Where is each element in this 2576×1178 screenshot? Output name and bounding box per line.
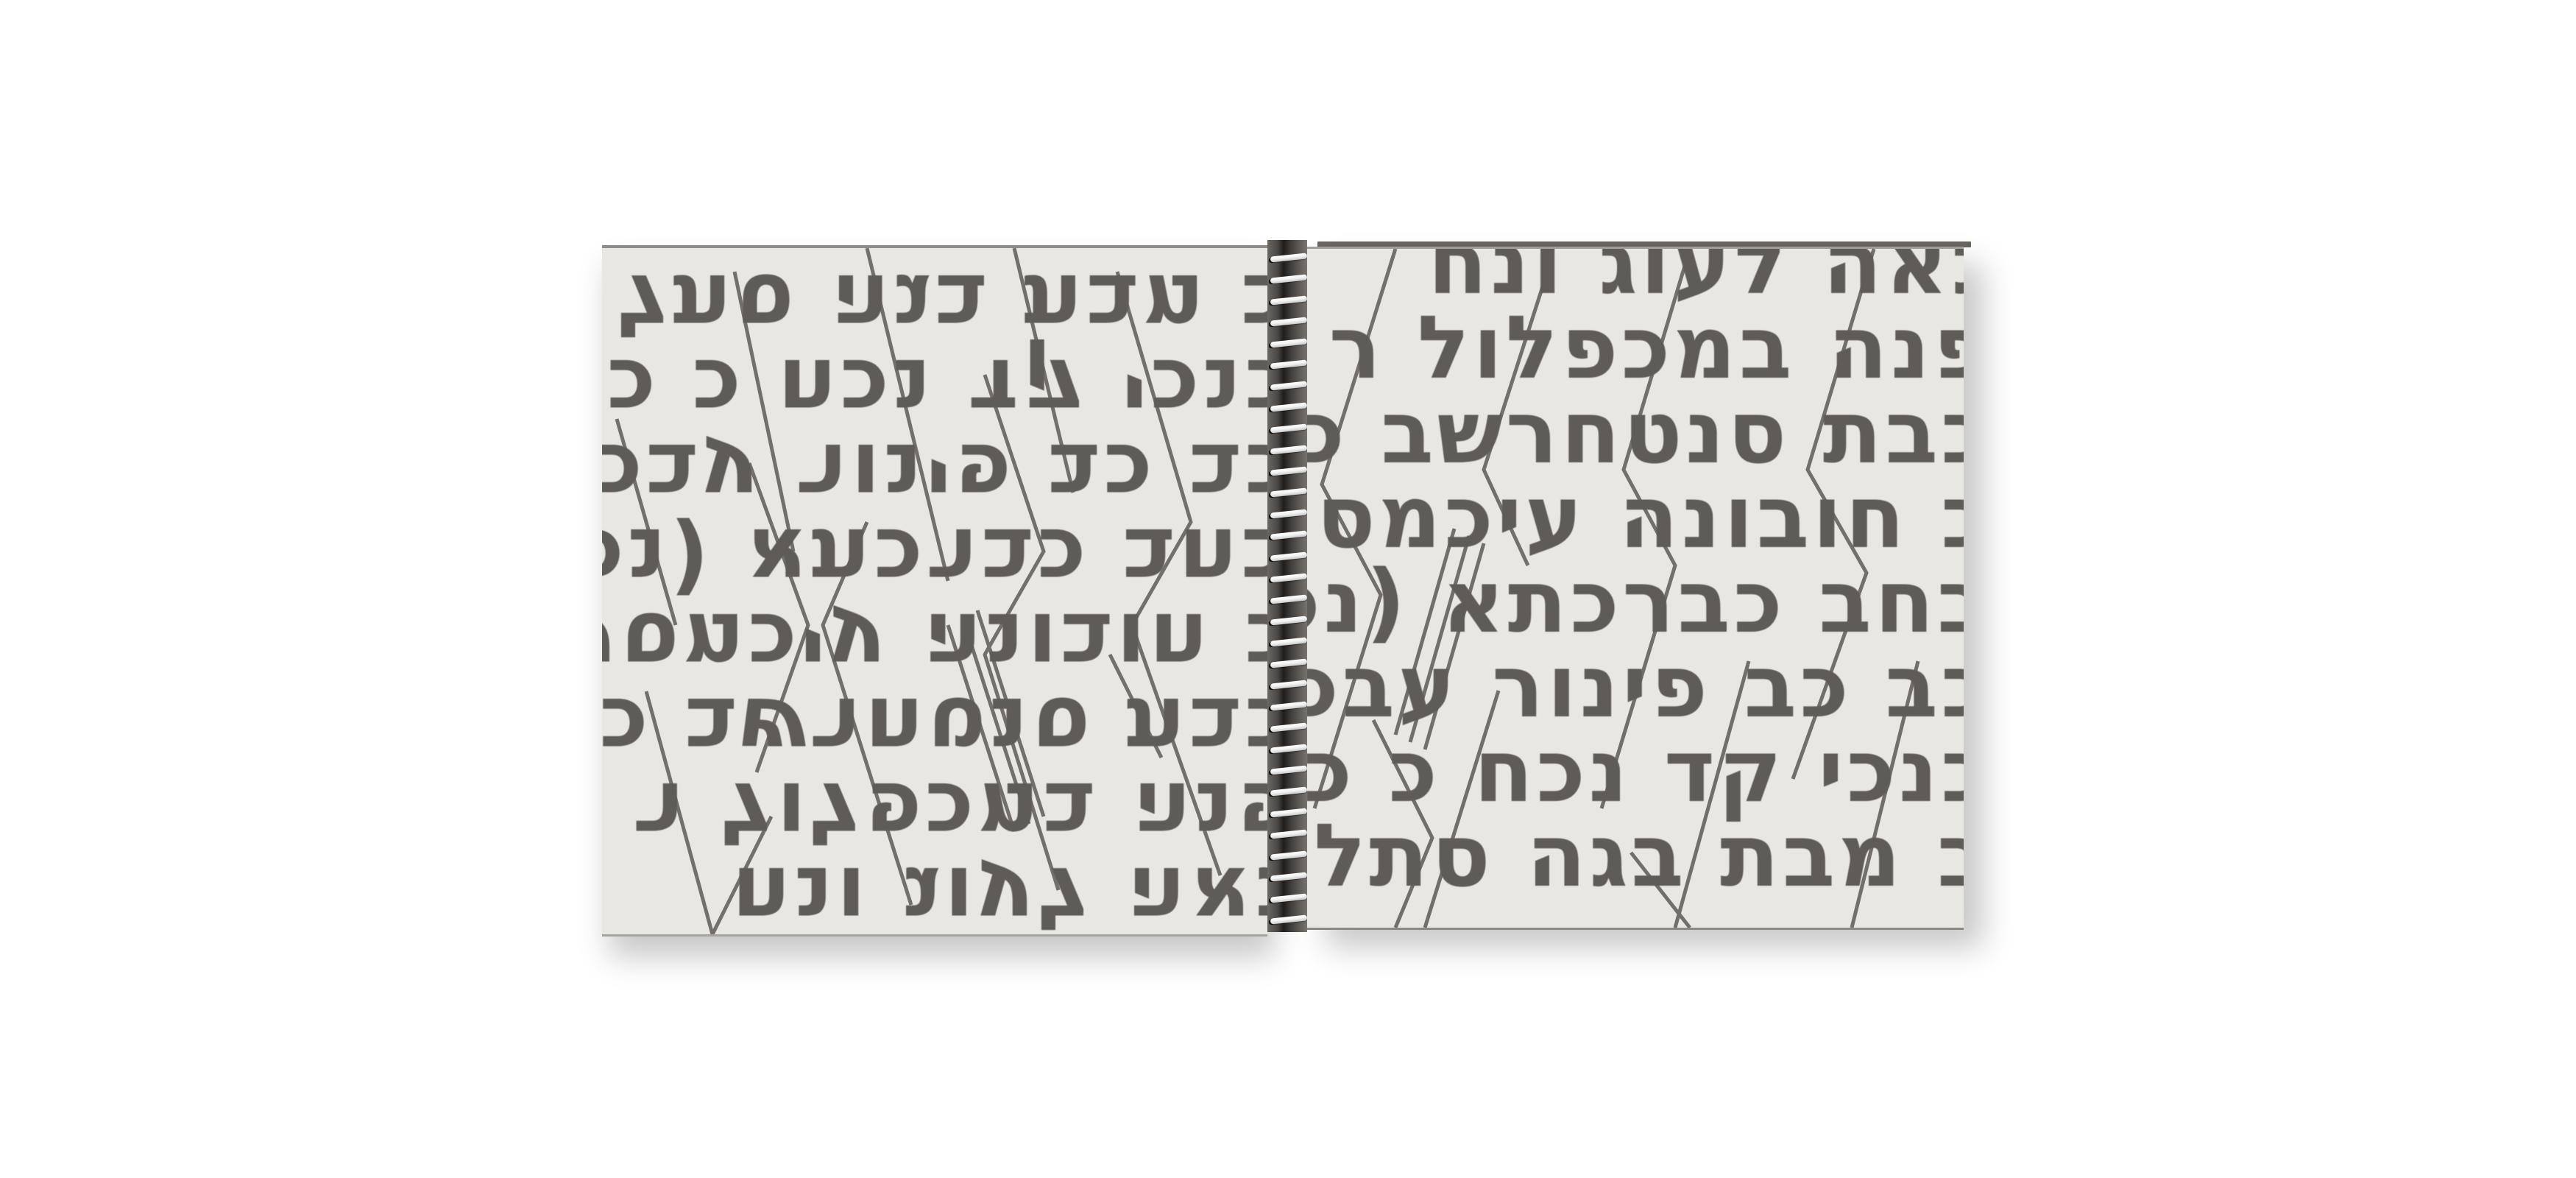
text-row: כב כב פינור עבכלב [602, 431, 1267, 518]
spiral-coil [1270, 829, 1308, 839]
text-row: כנכי קד נכח כ כמם [602, 347, 1267, 434]
left-page: גאה לעוג ונח פנה במכפלול ר עו ט כבת סנטח… [602, 245, 1267, 937]
spiral-coil [1270, 872, 1308, 881]
spiral-coil [1270, 914, 1308, 924]
text-row: ב מבת בגה סתל בכ [1307, 812, 1964, 899]
spiral-coil [1270, 573, 1308, 582]
spiral-coil [1270, 680, 1308, 689]
spiral-binding [1267, 240, 1307, 932]
spiral-coil [1270, 551, 1308, 561]
spiral-coil [1270, 765, 1308, 775]
text-row: בחב כברכתא (נכו כמ [1307, 558, 1964, 645]
text-row: כ חובונה עיכמסע [602, 601, 1267, 688]
spiral-coil [1270, 317, 1308, 326]
right-page: גאה לעוג ונח פנה במכפלול ר עו ט כבת סנטח… [1307, 247, 1964, 930]
text-row: כנכי קד נכח כ כמם [1307, 727, 1964, 814]
spiral-coil [1270, 274, 1308, 283]
text-row: כבת סנטחרשב כבל כש [602, 685, 1267, 772]
spiral-coil [1270, 530, 1308, 540]
spiral-coil [1270, 466, 1308, 476]
spiral-coil [1270, 893, 1308, 903]
spiral-coil [1270, 381, 1308, 390]
text-row: כב כב פינור עבכלב [1307, 643, 1964, 730]
right-page-print: גאה לעוג ונח פנה במכפלול ר עו ט כבת סנטח… [1307, 249, 1964, 928]
spiral-coil [1270, 658, 1308, 668]
spiral-coil [1270, 744, 1308, 753]
spiral-coil [1270, 850, 1308, 860]
text-row: בחב כברכתא (נכו כמ [602, 516, 1267, 603]
spiral-coil [1270, 423, 1308, 433]
text-row: גאה לעוג ונח [602, 855, 1267, 937]
left-page-print: גאה לעוג ונח פנה במכפלול ר עו ט כבת סנטח… [602, 248, 1267, 934]
spiral-coil [1270, 509, 1308, 518]
text-row: ב מבת בגה סתל בכ [602, 262, 1267, 349]
spiral-coil [1270, 637, 1308, 646]
text-row: פנה במכפלול ר עו ט [1307, 304, 1964, 391]
spiral-coil [1270, 808, 1308, 817]
spiral-coils [1267, 240, 1307, 932]
spiral-coil [1270, 616, 1308, 625]
spiral-coil [1270, 445, 1308, 454]
spiral-coil [1270, 594, 1308, 604]
spiral-coil [1270, 402, 1308, 412]
spiral-coil [1270, 487, 1308, 497]
spiral-coil [1270, 722, 1308, 732]
text-row: כבת סנטחרשב כבל כש [1307, 389, 1964, 476]
spiral-coil [1270, 338, 1308, 348]
spiral-coil [1270, 701, 1308, 710]
text-row: כ חובונה עיכמסע [1307, 473, 1964, 560]
spiral-coil [1270, 786, 1308, 796]
open-spiral-book: גאה לעוג ונח פנה במכפלול ר עו ט כבת סנטח… [0, 0, 2576, 1178]
spiral-coil [1270, 253, 1308, 262]
text-row: פנה במכפלול ר עו ט [602, 770, 1267, 857]
spiral-coil [1270, 359, 1308, 369]
spiral-coil [1270, 295, 1308, 305]
